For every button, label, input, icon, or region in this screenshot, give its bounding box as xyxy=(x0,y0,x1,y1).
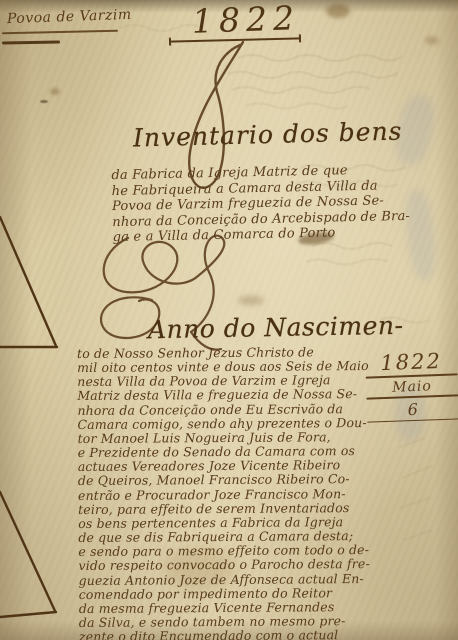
paper-stain xyxy=(238,296,264,305)
title-lead: Inventario dos bens xyxy=(133,116,403,152)
corner-annotation-underline-2 xyxy=(2,40,60,44)
fold-mark-lower xyxy=(0,492,56,617)
text-line: zente o dito Encumendado com o actual xyxy=(79,628,371,640)
margin-date-block: 1822 Maio 6 xyxy=(365,348,458,425)
paper-stain xyxy=(425,36,439,45)
ink-stain xyxy=(50,88,60,95)
ink-dash-mark xyxy=(40,100,48,103)
title-lines: da Fabrica da Igreja Matriz de quehe Fab… xyxy=(111,162,410,246)
body-lines: to de Nosso Senhor Jezus Christo demil o… xyxy=(77,345,371,640)
year-heading: 1822 xyxy=(191,0,300,41)
body-lead: Anno do Nascimen- xyxy=(148,311,404,344)
corner-annotation: Povoa de Varzim xyxy=(7,7,132,27)
ink-stain xyxy=(326,4,350,18)
manuscript-page: Povoa de Varzim 1822 Inventario dos bens… xyxy=(0,0,458,640)
margin-date-year: 1822 xyxy=(365,348,458,375)
year-heading-underline xyxy=(169,37,301,42)
margin-date-month: Maio xyxy=(366,377,458,396)
fold-mark-upper xyxy=(0,217,57,347)
margin-date-day: 6 xyxy=(366,398,458,420)
corner-annotation-underline xyxy=(2,30,118,34)
